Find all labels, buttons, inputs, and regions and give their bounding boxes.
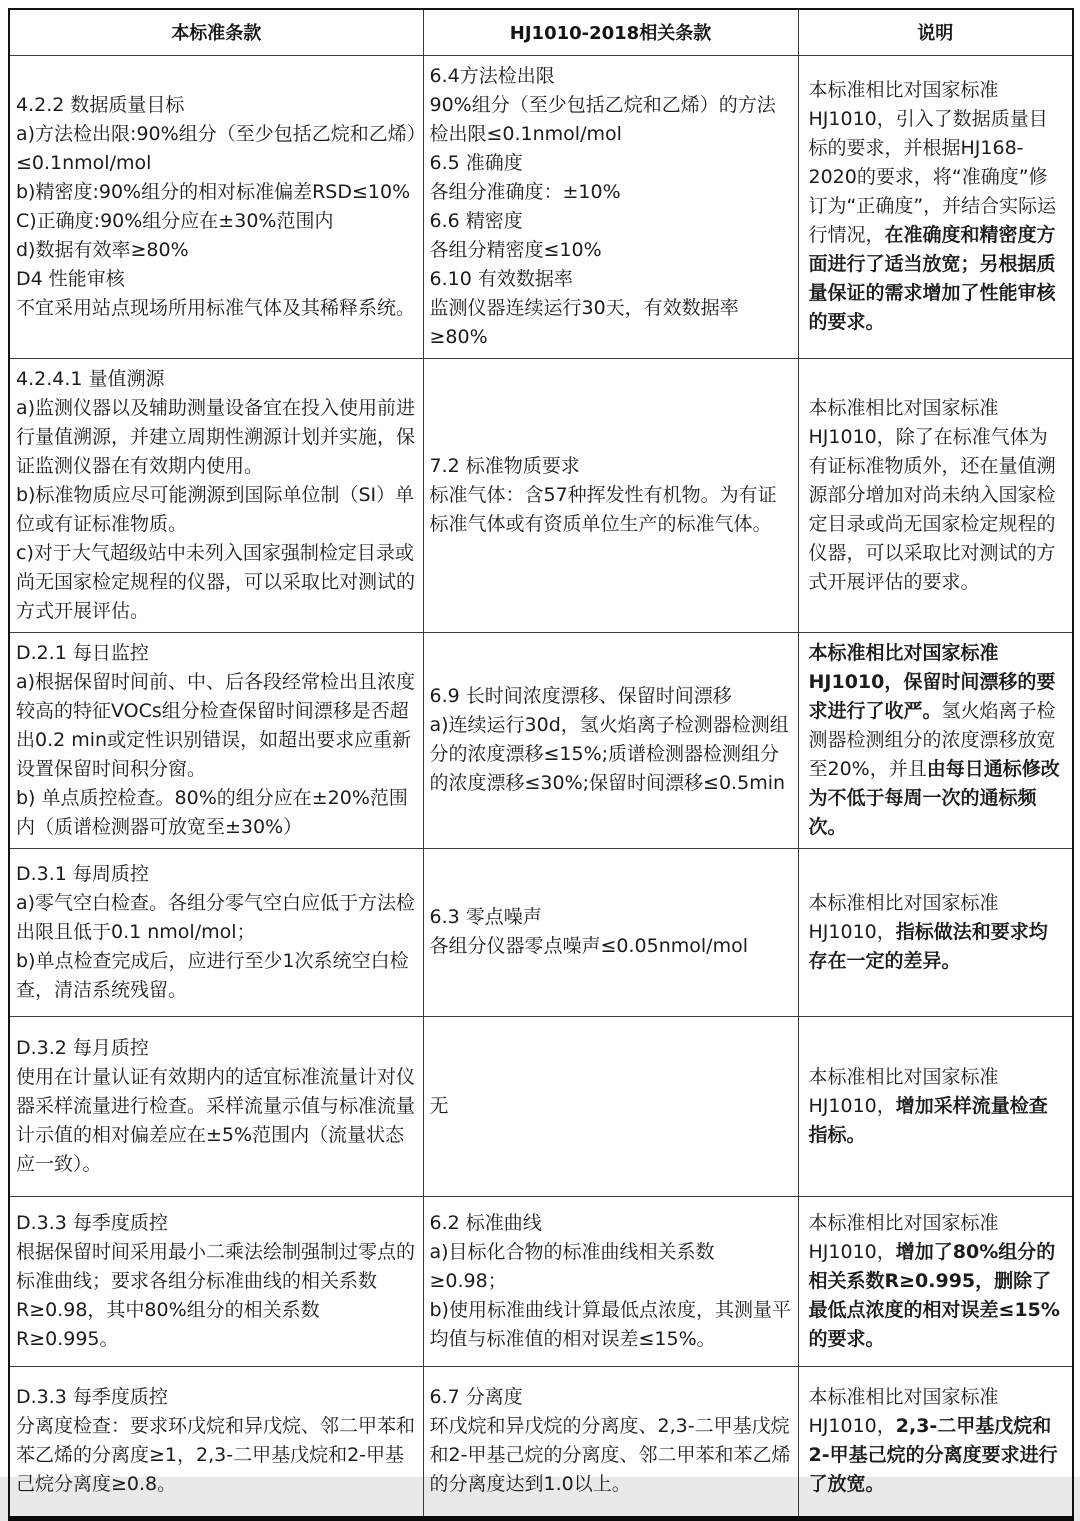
body-text: 6.5 准确度 [430,152,523,174]
table-row: D.2.1 每日监控a)根据保留时间前、中、后各段经常检出且浓度较高的特征VOC… [9,632,1073,848]
paragraph: b) 单点质控检查。80%的组分应在±20%范围内（质谱检测器可放宽至±30%） [16,784,417,842]
paragraph: 使用在计量认证有效期内的适宜标准流量计对仪器采样流量进行检查。采样流量示值与标准… [16,1063,417,1179]
body-text: 6.2 标准曲线 [430,1212,542,1234]
table-row: D.3.1 每周质控a)零气空白检查。各组分零气空白应低于方法检出限且低于0.1… [9,848,1073,1016]
paragraph: 90%组分（至少包括乙烷和乙烯）的方法检出限≤0.1nmol/mol [430,91,792,149]
body-text: D.2.1 每日监控 [16,642,149,664]
paragraph: b)单点检查完成后，应进行至少1次系统空白检查，清洁系统残留。 [16,947,417,1005]
cell-note: 本标准相比对国家标准HJ1010，除了在标准气体为有证标准物质外，还在量值溯源部… [798,358,1073,632]
cell-note: 本标准相比对国家标准HJ1010，引入了数据质量目标的要求，并根据HJ168-2… [798,55,1073,358]
paragraph: 6.3 零点噪声 [430,903,792,932]
body-text: D.3.3 每季度质控 [16,1212,168,1234]
cell-related: 6.7 分离度环戊烷和异戊烷的分离度、2,3-二甲基戊烷和2-甲基己烷的分离度、… [423,1366,798,1518]
paragraph: b)使用标准曲线计算最低点浓度，其测量平均值与标准值的相对误差≤15%。 [430,1296,792,1354]
paragraph: 环戊烷和异戊烷的分离度、2,3-二甲基戊烷和2-甲基己烷的分离度、邻二甲苯和苯乙… [430,1412,792,1499]
body-text: 6.9 长时间浓度漂移、保留时间漂移 [430,685,732,707]
paragraph: 6.7 分离度 [430,1383,792,1412]
paragraph: 本标准相比对国家标准HJ1010，增加采样流量检查指标。 [809,1063,1065,1150]
body-text: C)正确度:90%组分应在±30%范围内 [16,210,333,232]
paragraph: b)精密度:90%组分的相对标准偏差RSD≤10% [16,178,417,207]
cell-related: 7.2 标准物质要求标准气体：含57种挥发性有机物。为有证标准气体或有资质单位生… [423,358,798,632]
paragraph: 6.5 准确度 [430,149,792,178]
paragraph: 7.2 标准物质要求 [430,452,792,481]
table-body: 4.2.2 数据质量目标a)方法检出限:90%组分（至少包括乙烷和乙烯）≤0.1… [9,55,1073,1518]
header-note: 说明 [798,9,1073,55]
comparison-table: 本标准条款 HJ1010-2018相关条款 说明 4.2.2 数据质量目标a)方… [8,8,1074,1521]
body-text: 6.3 零点噪声 [430,906,542,928]
paragraph: 4.2.2 数据质量目标 [16,91,417,120]
paragraph: D.3.2 每月质控 [16,1034,417,1063]
table-row: 4.2.4.1 量值溯源a)监测仪器以及辅助测量设备宜在投入使用前进行量值溯源，… [9,358,1073,632]
body-text: 使用在计量认证有效期内的适宜标准流量计对仪器采样流量进行检查。采样流量示值与标准… [16,1066,415,1175]
cell-note: 本标准相比对国家标准HJ1010，保留时间漂移的要求进行了收严。氢火焰离子检测器… [798,632,1073,848]
table-row: D.3.2 每月质控使用在计量认证有效期内的适宜标准流量计对仪器采样流量进行检查… [9,1016,1073,1196]
paragraph: D4 性能审核 [16,265,417,294]
paragraph: 本标准相比对国家标准HJ1010，2,3-二甲基戊烷和2-甲基己烷的分离度要求进… [809,1383,1065,1499]
paragraph: D.2.1 每日监控 [16,639,417,668]
body-text: 4.2.2 数据质量目标 [16,94,184,116]
paragraph: a)监测仪器以及辅助测量设备宜在投入使用前进行量值溯源，并建立周期性溯源计划并实… [16,394,417,481]
cell-clause: D.3.3 每季度质控根据保留时间采用最小二乘法绘制强制过零点的标准曲线；要求各… [9,1196,423,1366]
paragraph: a)连续运行30d，氢火焰离子检测器检测组分的浓度漂移≤15%;质谱检测器检测组… [430,711,792,798]
paragraph: 各组分仪器零点噪声≤0.05nmol/mol [430,932,792,961]
body-text: D.3.3 每季度质控 [16,1386,168,1408]
paragraph: 6.4方法检出限 [430,62,792,91]
cell-note: 本标准相比对国家标准HJ1010，增加采样流量检查指标。 [798,1016,1073,1196]
body-text: a)根据保留时间前、中、后各段经常检出且浓度较高的特征VOCs组分检查保留时间漂… [16,671,415,780]
paragraph: 6.2 标准曲线 [430,1209,792,1238]
header-related: HJ1010-2018相关条款 [423,9,798,55]
paragraph: 6.6 精密度 [430,207,792,236]
table-row: D.3.3 每季度质控分离度检查：要求环戊烷和异戊烷、邻二甲苯和苯乙烯的分离度≥… [9,1366,1073,1518]
body-text: D4 性能审核 [16,268,125,290]
paragraph: c)对于大气超级站中未列入国家强制检定目录或尚无国家检定规程的仪器，可以采取比对… [16,539,417,626]
cell-related: 无 [423,1016,798,1196]
cell-related: 6.3 零点噪声各组分仪器零点噪声≤0.05nmol/mol [423,848,798,1016]
cell-clause: D.3.3 每季度质控分离度检查：要求环戊烷和异戊烷、邻二甲苯和苯乙烯的分离度≥… [9,1366,423,1518]
body-text: b)使用标准曲线计算最低点浓度，其测量平均值与标准值的相对误差≤15%。 [430,1299,791,1350]
cell-clause: D.3.1 每周质控a)零气空白检查。各组分零气空白应低于方法检出限且低于0.1… [9,848,423,1016]
body-text: 各组分仪器零点噪声≤0.05nmol/mol [430,935,749,957]
document-page: 本标准条款 HJ1010-2018相关条款 说明 4.2.2 数据质量目标a)方… [0,0,1080,1477]
body-text: a)监测仪器以及辅助测量设备宜在投入使用前进行量值溯源，并建立周期性溯源计划并实… [16,397,415,477]
table-row: D.3.3 每季度质控根据保留时间采用最小二乘法绘制强制过零点的标准曲线；要求各… [9,1196,1073,1366]
paragraph: a)零气空白检查。各组分零气空白应低于方法检出限且低于0.1 nmol/mol； [16,889,417,947]
body-text: 6.6 精密度 [430,210,523,232]
paragraph: 标准气体：含57种挥发性有机物。为有证标准气体或有资质单位生产的标准气体。 [430,481,792,539]
body-text: 不宜采用站点现场所用标准气体及其稀释系统。 [16,297,415,319]
paragraph: 不宜采用站点现场所用标准气体及其稀释系统。 [16,294,417,323]
cell-clause: D.2.1 每日监控a)根据保留时间前、中、后各段经常检出且浓度较高的特征VOC… [9,632,423,848]
cell-related: 6.9 长时间浓度漂移、保留时间漂移a)连续运行30d，氢火焰离子检测器检测组分… [423,632,798,848]
body-text: d)数据有效率≥80% [16,239,189,261]
paragraph: 6.10 有效数据率 [430,265,792,294]
body-text: a)连续运行30d，氢火焰离子检测器检测组分的浓度漂移≤15%;质谱检测器检测组… [430,714,789,794]
body-text: a)零气空白检查。各组分零气空白应低于方法检出限且低于0.1 nmol/mol； [16,892,415,943]
body-text: 6.7 分离度 [430,1386,523,1408]
body-text: D.3.2 每月质控 [16,1037,149,1059]
body-text: b)标准物质应尽可能溯源到国际单位制（SI）单位或有证标准物质。 [16,484,414,535]
cell-clause: 4.2.4.1 量值溯源a)监测仪器以及辅助测量设备宜在投入使用前进行量值溯源，… [9,358,423,632]
paragraph: C)正确度:90%组分应在±30%范围内 [16,207,417,236]
cell-note: 本标准相比对国家标准HJ1010，指标做法和要求均存在一定的差异。 [798,848,1073,1016]
cell-related: 6.2 标准曲线a)目标化合物的标准曲线相关系数≥0.98；b)使用标准曲线计算… [423,1196,798,1366]
body-text: a)目标化合物的标准曲线相关系数≥0.98； [430,1241,715,1292]
paragraph: 本标准相比对国家标准HJ1010，保留时间漂移的要求进行了收严。氢火焰离子检测器… [809,639,1065,842]
cell-clause: D.3.2 每月质控使用在计量认证有效期内的适宜标准流量计对仪器采样流量进行检查… [9,1016,423,1196]
body-text: 根据保留时间采用最小二乘法绘制强制过零点的标准曲线；要求各组分标准曲线的相关系数… [16,1241,415,1350]
paragraph: D.3.1 每周质控 [16,860,417,889]
body-text: 环戊烷和异戊烷的分离度、2,3-二甲基戊烷和2-甲基己烷的分离度、邻二甲苯和苯乙… [430,1415,791,1495]
paragraph: D.3.3 每季度质控 [16,1209,417,1238]
paragraph: 本标准相比对国家标准HJ1010，增加了80%组分的相关系数R≥0.995，删除… [809,1209,1065,1354]
body-text: b)精密度:90%组分的相对标准偏差RSD≤10% [16,181,410,203]
paragraph: a)根据保留时间前、中、后各段经常检出且浓度较高的特征VOCs组分检查保留时间漂… [16,668,417,784]
body-text: 6.10 有效数据率 [430,268,573,290]
body-text: a)方法检出限:90%组分（至少包括乙烷和乙烯）≤0.1nmol/mol [16,123,416,174]
paragraph: 分离度检查：要求环戊烷和异戊烷、邻二甲苯和苯乙烯的分离度≥1，2,3-二甲基戊烷… [16,1412,417,1499]
body-text: 90%组分（至少包括乙烷和乙烯）的方法检出限≤0.1nmol/mol [430,94,776,145]
header-clause: 本标准条款 [9,9,423,55]
cell-note: 本标准相比对国家标准HJ1010，2,3-二甲基戊烷和2-甲基己烷的分离度要求进… [798,1366,1073,1518]
body-text: 4.2.4.1 量值溯源 [16,368,165,390]
body-text: b) 单点质控检查。80%的组分应在±20%范围内（质谱检测器可放宽至±30%） [16,787,408,838]
paragraph: 6.9 长时间浓度漂移、保留时间漂移 [430,682,792,711]
paragraph: 本标准相比对国家标准HJ1010，除了在标准气体为有证标准物质外，还在量值溯源部… [809,394,1065,597]
paragraph: 监测仪器连续运行30天，有效数据率≥80% [430,294,792,352]
body-text: 监测仪器连续运行30天，有效数据率≥80% [430,297,739,348]
table-header: 本标准条款 HJ1010-2018相关条款 说明 [9,9,1073,55]
body-text: D.3.1 每周质控 [16,863,149,885]
paragraph: 各组分准确度：±10% [430,178,792,207]
body-text: 各组分准确度：±10% [430,181,621,203]
paragraph: 根据保留时间采用最小二乘法绘制强制过零点的标准曲线；要求各组分标准曲线的相关系数… [16,1238,417,1354]
body-text: b)单点检查完成后，应进行至少1次系统空白检查，清洁系统残留。 [16,950,409,1001]
paragraph: 各组分精密度≤10% [430,236,792,265]
paragraph: 4.2.4.1 量值溯源 [16,365,417,394]
cell-related: 6.4方法检出限90%组分（至少包括乙烷和乙烯）的方法检出限≤0.1nmol/m… [423,55,798,358]
body-text: 7.2 标准物质要求 [430,455,580,477]
paragraph: a)目标化合物的标准曲线相关系数≥0.98； [430,1238,792,1296]
paragraph: 本标准相比对国家标准HJ1010，指标做法和要求均存在一定的差异。 [809,889,1065,976]
paragraph: b)标准物质应尽可能溯源到国际单位制（SI）单位或有证标准物质。 [16,481,417,539]
body-text: 无 [430,1095,449,1117]
paragraph: d)数据有效率≥80% [16,236,417,265]
paragraph: D.3.3 每季度质控 [16,1383,417,1412]
body-text: 本标准相比对国家标准HJ1010，引入了数据质量目标的要求，并根据HJ168-2… [809,79,1057,246]
body-text: 标准气体：含57种挥发性有机物。为有证标准气体或有资质单位生产的标准气体。 [430,484,777,535]
body-text: 6.4方法检出限 [430,65,555,87]
paragraph: 本标准相比对国家标准HJ1010，引入了数据质量目标的要求，并根据HJ168-2… [809,76,1065,337]
paragraph: a)方法检出限:90%组分（至少包括乙烷和乙烯）≤0.1nmol/mol [16,120,417,178]
header-row: 本标准条款 HJ1010-2018相关条款 说明 [9,9,1073,55]
cell-clause: 4.2.2 数据质量目标a)方法检出限:90%组分（至少包括乙烷和乙烯）≤0.1… [9,55,423,358]
body-text: 本标准相比对国家标准HJ1010，除了在标准气体为有证标准物质外，还在量值溯源部… [809,397,1056,593]
body-text: 分离度检查：要求环戊烷和异戊烷、邻二甲苯和苯乙烯的分离度≥1，2,3-二甲基戊烷… [16,1415,415,1495]
body-text: 各组分精密度≤10% [430,239,602,261]
body-text: c)对于大气超级站中未列入国家强制检定目录或尚无国家检定规程的仪器，可以采取比对… [16,542,415,622]
cell-note: 本标准相比对国家标准HJ1010，增加了80%组分的相关系数R≥0.995，删除… [798,1196,1073,1366]
table-row: 4.2.2 数据质量目标a)方法检出限:90%组分（至少包括乙烷和乙烯）≤0.1… [9,55,1073,358]
paragraph: 无 [430,1092,792,1121]
